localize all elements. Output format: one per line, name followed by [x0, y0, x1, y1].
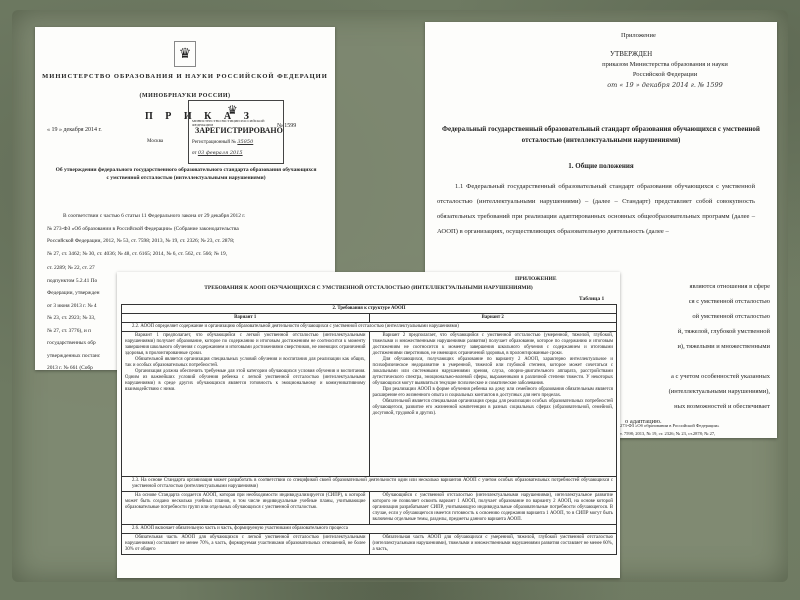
column-line: подпунктом 5.2.41 По	[47, 275, 125, 288]
variant-2-cell: Обучающийся с умственной отсталостью (ин…	[369, 492, 617, 525]
variant-1-cell: На основе Стандарта создается АООП, кото…	[122, 492, 370, 525]
column-line: № 27, ст. 3776), и п	[47, 325, 125, 338]
table-row-2-3: 2.3. На основе Стандарта организация мож…	[122, 477, 617, 492]
column-header-variant-1: Вариант 1	[122, 314, 370, 323]
footnote-line: 273-ФЗ «Об образовании в Российской Феде…	[620, 422, 770, 430]
order-city: Москва	[147, 139, 163, 144]
cell-paragraph: Вариант 1 предполагает, что обучающийся …	[125, 333, 366, 357]
body-line: № 273-ФЗ «Об образовании в Российской Фе…	[47, 223, 322, 236]
cell-paragraph: Обязательной является специальная органи…	[373, 399, 614, 417]
stamp-reg-number: 35850	[237, 139, 253, 145]
variant-2-cell: Вариант 2 предполагает, что обучающийся …	[369, 332, 617, 477]
column-line: Федерации, утвержден	[47, 287, 125, 300]
table-row-2-2: 2.2. АООП определяет содержание и органи…	[122, 323, 617, 332]
table-row: Обязательная часть АООП для обучающихся …	[122, 534, 617, 555]
column-line: № 23, ст. 2923; № 33,	[47, 312, 125, 325]
order-body: В соответствии с частью 6 статьи 11 Феде…	[47, 210, 322, 260]
standard-right-column: являются отношения в сфере ся с умственн…	[625, 279, 770, 429]
right-line: й, тяжелой, глубокой умственной	[625, 324, 770, 339]
cell-paragraph: На основе Стандарта создается АООП, кото…	[125, 493, 366, 511]
requirements-table: 2. Требования к структуре АООП Вариант 1…	[121, 304, 617, 555]
standard-paragraph: 1.1 Федеральный государственный образова…	[437, 179, 755, 239]
right-line: (интеллектуальными нарушениями),	[625, 384, 770, 399]
requirements-appendix-label: ПРИЛОЖЕНИЕ	[515, 276, 557, 282]
cell-paragraph: Обязательная часть АООП для обучающихся …	[125, 535, 366, 553]
ministry-short-name: (МИНОБРНАУКИ РОССИИ)	[35, 93, 335, 99]
variant-1-cell: Обязательная часть АООП для обучающихся …	[122, 534, 370, 555]
cell-paragraph: Обучающийся с умственной отсталостью (ин…	[373, 493, 614, 523]
footnote: 273-ФЗ «Об образовании в Российской Феде…	[620, 422, 770, 438]
paragraph-1-1: 1.1 Федеральный государственный образова…	[437, 179, 755, 239]
table-row: На основе Стандарта создается АООП, кото…	[122, 492, 617, 525]
variant-2-cell: Обязательная часть АООП для обучающихся …	[369, 534, 617, 555]
cell-paragraph: Организация должна обеспечить требуемые …	[125, 369, 366, 393]
right-line: и), тяжелыми и множественными	[625, 339, 770, 354]
stamp-date-prefix: от	[192, 151, 197, 156]
right-line: ся с умственной отсталостью	[625, 294, 770, 309]
column-header-variant-2: Вариант 2	[369, 314, 617, 323]
right-line	[625, 354, 770, 369]
cell-paragraph: При реализации АООП в форме обучения реб…	[373, 387, 614, 399]
order-subject: Об утверждении федерального государствен…	[55, 167, 317, 182]
stamp-reg: Регистрационный № 35850	[192, 139, 253, 145]
stamp-emblem-icon: ♛	[227, 103, 238, 118]
requirements-title: ТРЕБОВАНИЯ К АООП ОБУЧАЮЩИХСЯ С УМСТВЕНН…	[117, 285, 620, 291]
right-line: а с учетом особенностей указанных	[625, 369, 770, 384]
right-line: ой умственной отсталостью	[625, 309, 770, 324]
approved-by: приказом Министерства образования и наук…	[590, 60, 740, 90]
order-date: « 19 » декабря 2014 г.	[47, 127, 102, 133]
column-line: 2013 г. № 661 (Собр	[47, 362, 125, 370]
right-line: являются отношения в сфере	[625, 279, 770, 294]
table-row-2-6: 2.6. АООП включает обязательную часть и …	[122, 525, 617, 534]
order-body-column: ст. 2289; № 22, ст. 27 подпунктом 5.2.41…	[47, 262, 125, 370]
requirements-document: ПРИЛОЖЕНИЕ ТРЕБОВАНИЯ К АООП ОБУЧАЮЩИХСЯ…	[117, 272, 620, 578]
cell-paragraph: Обязательная часть АООП для обучающихся …	[373, 535, 614, 553]
stamp-reg-prefix: Регистрационный №	[192, 140, 236, 145]
stamp-date: от 03 февраля 2015	[192, 150, 243, 156]
section-heading: 1. Общие положения	[425, 162, 777, 170]
table-label: Таблица 1	[579, 296, 604, 302]
registration-stamp: ♛ МИНИСТЕРСТВО ЮСТИЦИИ РОССИЙСКОЙ ФЕДЕРА…	[188, 100, 284, 164]
appendix-label: Приложение	[621, 32, 656, 39]
footnote-line: т. 7598; 2013, № 19, ст. 2326; № 23, ст.…	[620, 430, 770, 438]
column-line: ст. 2289; № 22, ст. 27	[47, 262, 125, 275]
stamp-date-value: 03 февраля 2015	[198, 150, 243, 156]
variant-1-cell: Вариант 1 предполагает, что обучающийся …	[122, 332, 370, 477]
coat-of-arms-icon: ♛	[174, 41, 196, 67]
table-section-header: 2. Требования к структуре АООП	[122, 305, 617, 314]
ministry-name: МИНИСТЕРСТВО ОБРАЗОВАНИЯ И НАУКИ РОССИЙС…	[35, 73, 335, 81]
approved-by-text: приказом Министерства образования и наук…	[590, 60, 740, 80]
cell-paragraph: Обязательной является организация специа…	[125, 357, 366, 369]
body-line: В соответствии с частью 6 статьи 11 Феде…	[47, 210, 322, 223]
column-line: от 3 июня 2013 г. № 4	[47, 300, 125, 313]
body-line: Российской Федерации, 2012, № 53, ст. 75…	[47, 235, 322, 248]
right-line: ных возможностей и обеспечивает	[625, 399, 770, 414]
standard-title: Федеральный государственный образователь…	[437, 124, 765, 146]
approved-date: от « 19 » декабря 2014 г. № 1599	[590, 80, 740, 90]
cell-paragraph: Вариант 2 предполагает, что обучающийся …	[373, 333, 614, 357]
column-line: государственных обр	[47, 337, 125, 350]
table-row: Вариант 1 предполагает, что обучающийся …	[122, 332, 617, 477]
approved-label: УТВЕРЖДЕН	[610, 50, 652, 58]
cell-paragraph: Для обучающихся, получающих образование …	[373, 357, 614, 387]
body-line: № 27, ст. 3462; № 30, ст. 4036; № 48, ст…	[47, 248, 322, 261]
column-line: утвержденных постанс	[47, 350, 125, 363]
stamp-label: ЗАРЕГИСТРИРОВАНО	[195, 126, 283, 135]
